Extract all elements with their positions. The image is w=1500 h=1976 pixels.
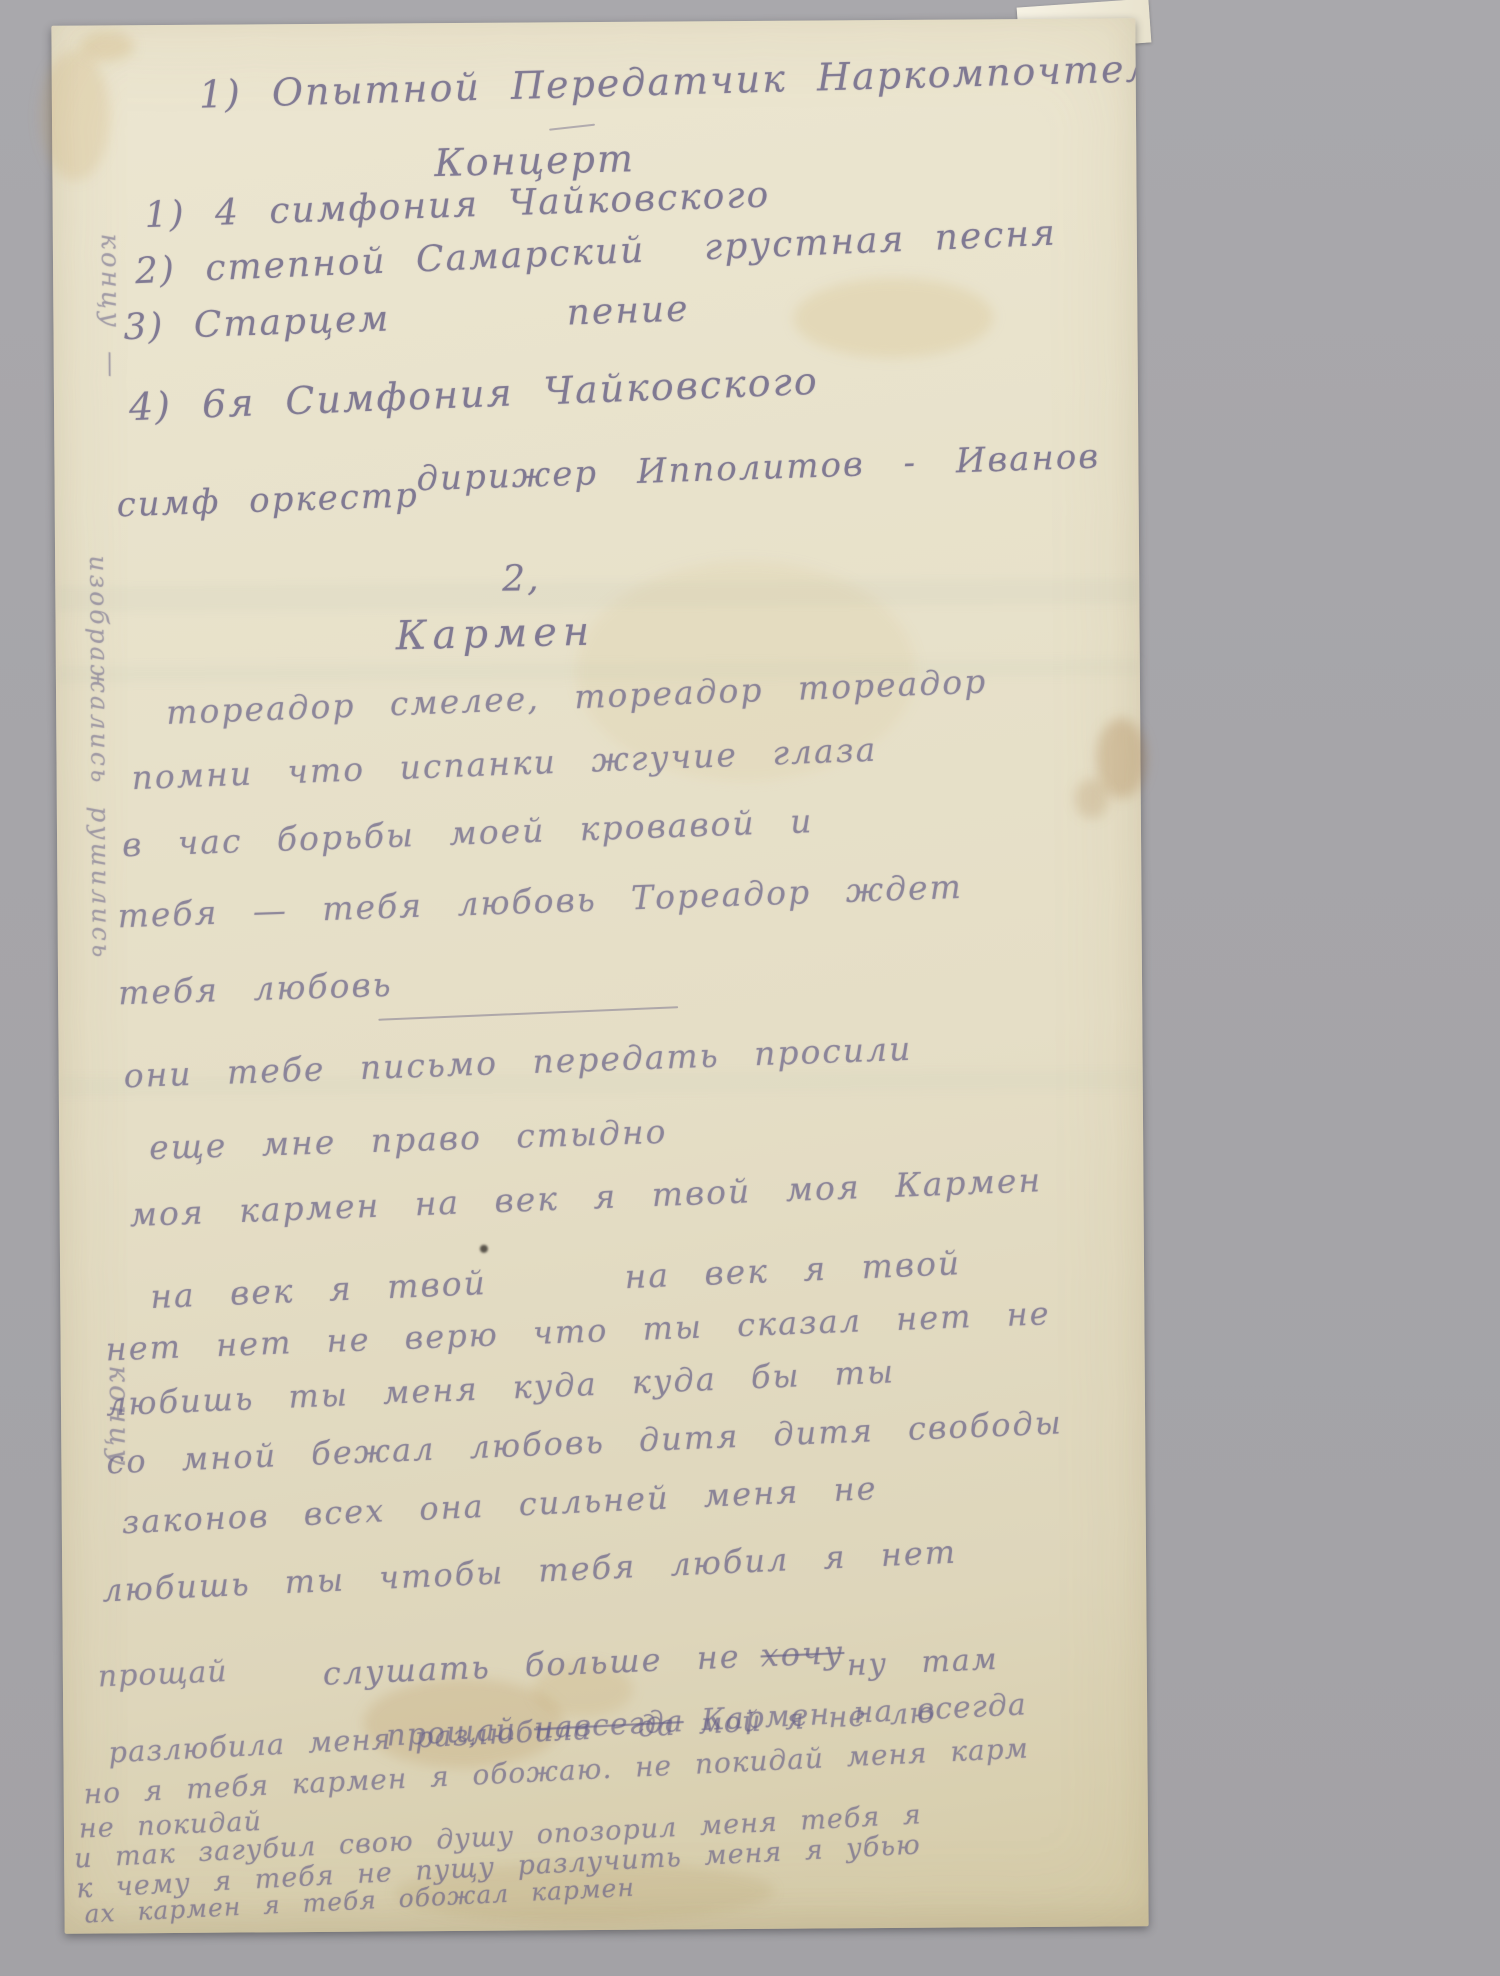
- conductor-line: дирижер Ипполитов - Иванов: [416, 437, 1101, 500]
- lyric-line: тебя — тебя любовь Тореадор ждет: [117, 867, 964, 935]
- trailing-dash-stroke: [378, 1006, 678, 1021]
- lyric-line: тореадор смелее, тореадор тореадор: [165, 661, 987, 732]
- manuscript-page: 1) Опытной Передатчик Наркомпочтелу Конц…: [51, 18, 1148, 1934]
- margin-note: концу —: [95, 233, 126, 380]
- lyric-line: помни что испанки жгучие глаза: [131, 730, 878, 798]
- lyric-line: еще мне право стыдно: [149, 1112, 668, 1167]
- song-title: Кармен: [395, 609, 596, 660]
- handwritten-text-layer: 1) Опытной Передатчик Наркомпочтелу Конц…: [51, 18, 1148, 1934]
- document-header: 1) Опытной Передатчик Наркомпочтелу: [198, 46, 1148, 117]
- lyric-line: прощай: [97, 1654, 228, 1694]
- program-title: Концерт: [434, 136, 636, 185]
- overline-stroke: [549, 124, 595, 131]
- lyric-line: они тебе письмо передать просили: [123, 1029, 913, 1096]
- part-number: 2,: [502, 558, 541, 599]
- lyric-line: в час борьбы моей кровавой и: [121, 801, 814, 864]
- margin-note: концу: [103, 1365, 137, 1468]
- lyric-line: тебя любовь: [117, 965, 393, 1013]
- lyric-line: законов всех она сильней меня не: [121, 1469, 878, 1541]
- orchestra-line: симф оркестр: [116, 475, 419, 525]
- margin-note: изображались рушились: [84, 555, 116, 960]
- photo-background: { "page": { "background_color": "#a6a5a9…: [0, 0, 1500, 1976]
- program-item: 3) Старцем пение: [123, 289, 690, 349]
- lyric-line: моя кармен на век я твой моя Кармен: [129, 1160, 1043, 1234]
- program-item: 4) 6я Симфония Чайковского: [128, 359, 819, 429]
